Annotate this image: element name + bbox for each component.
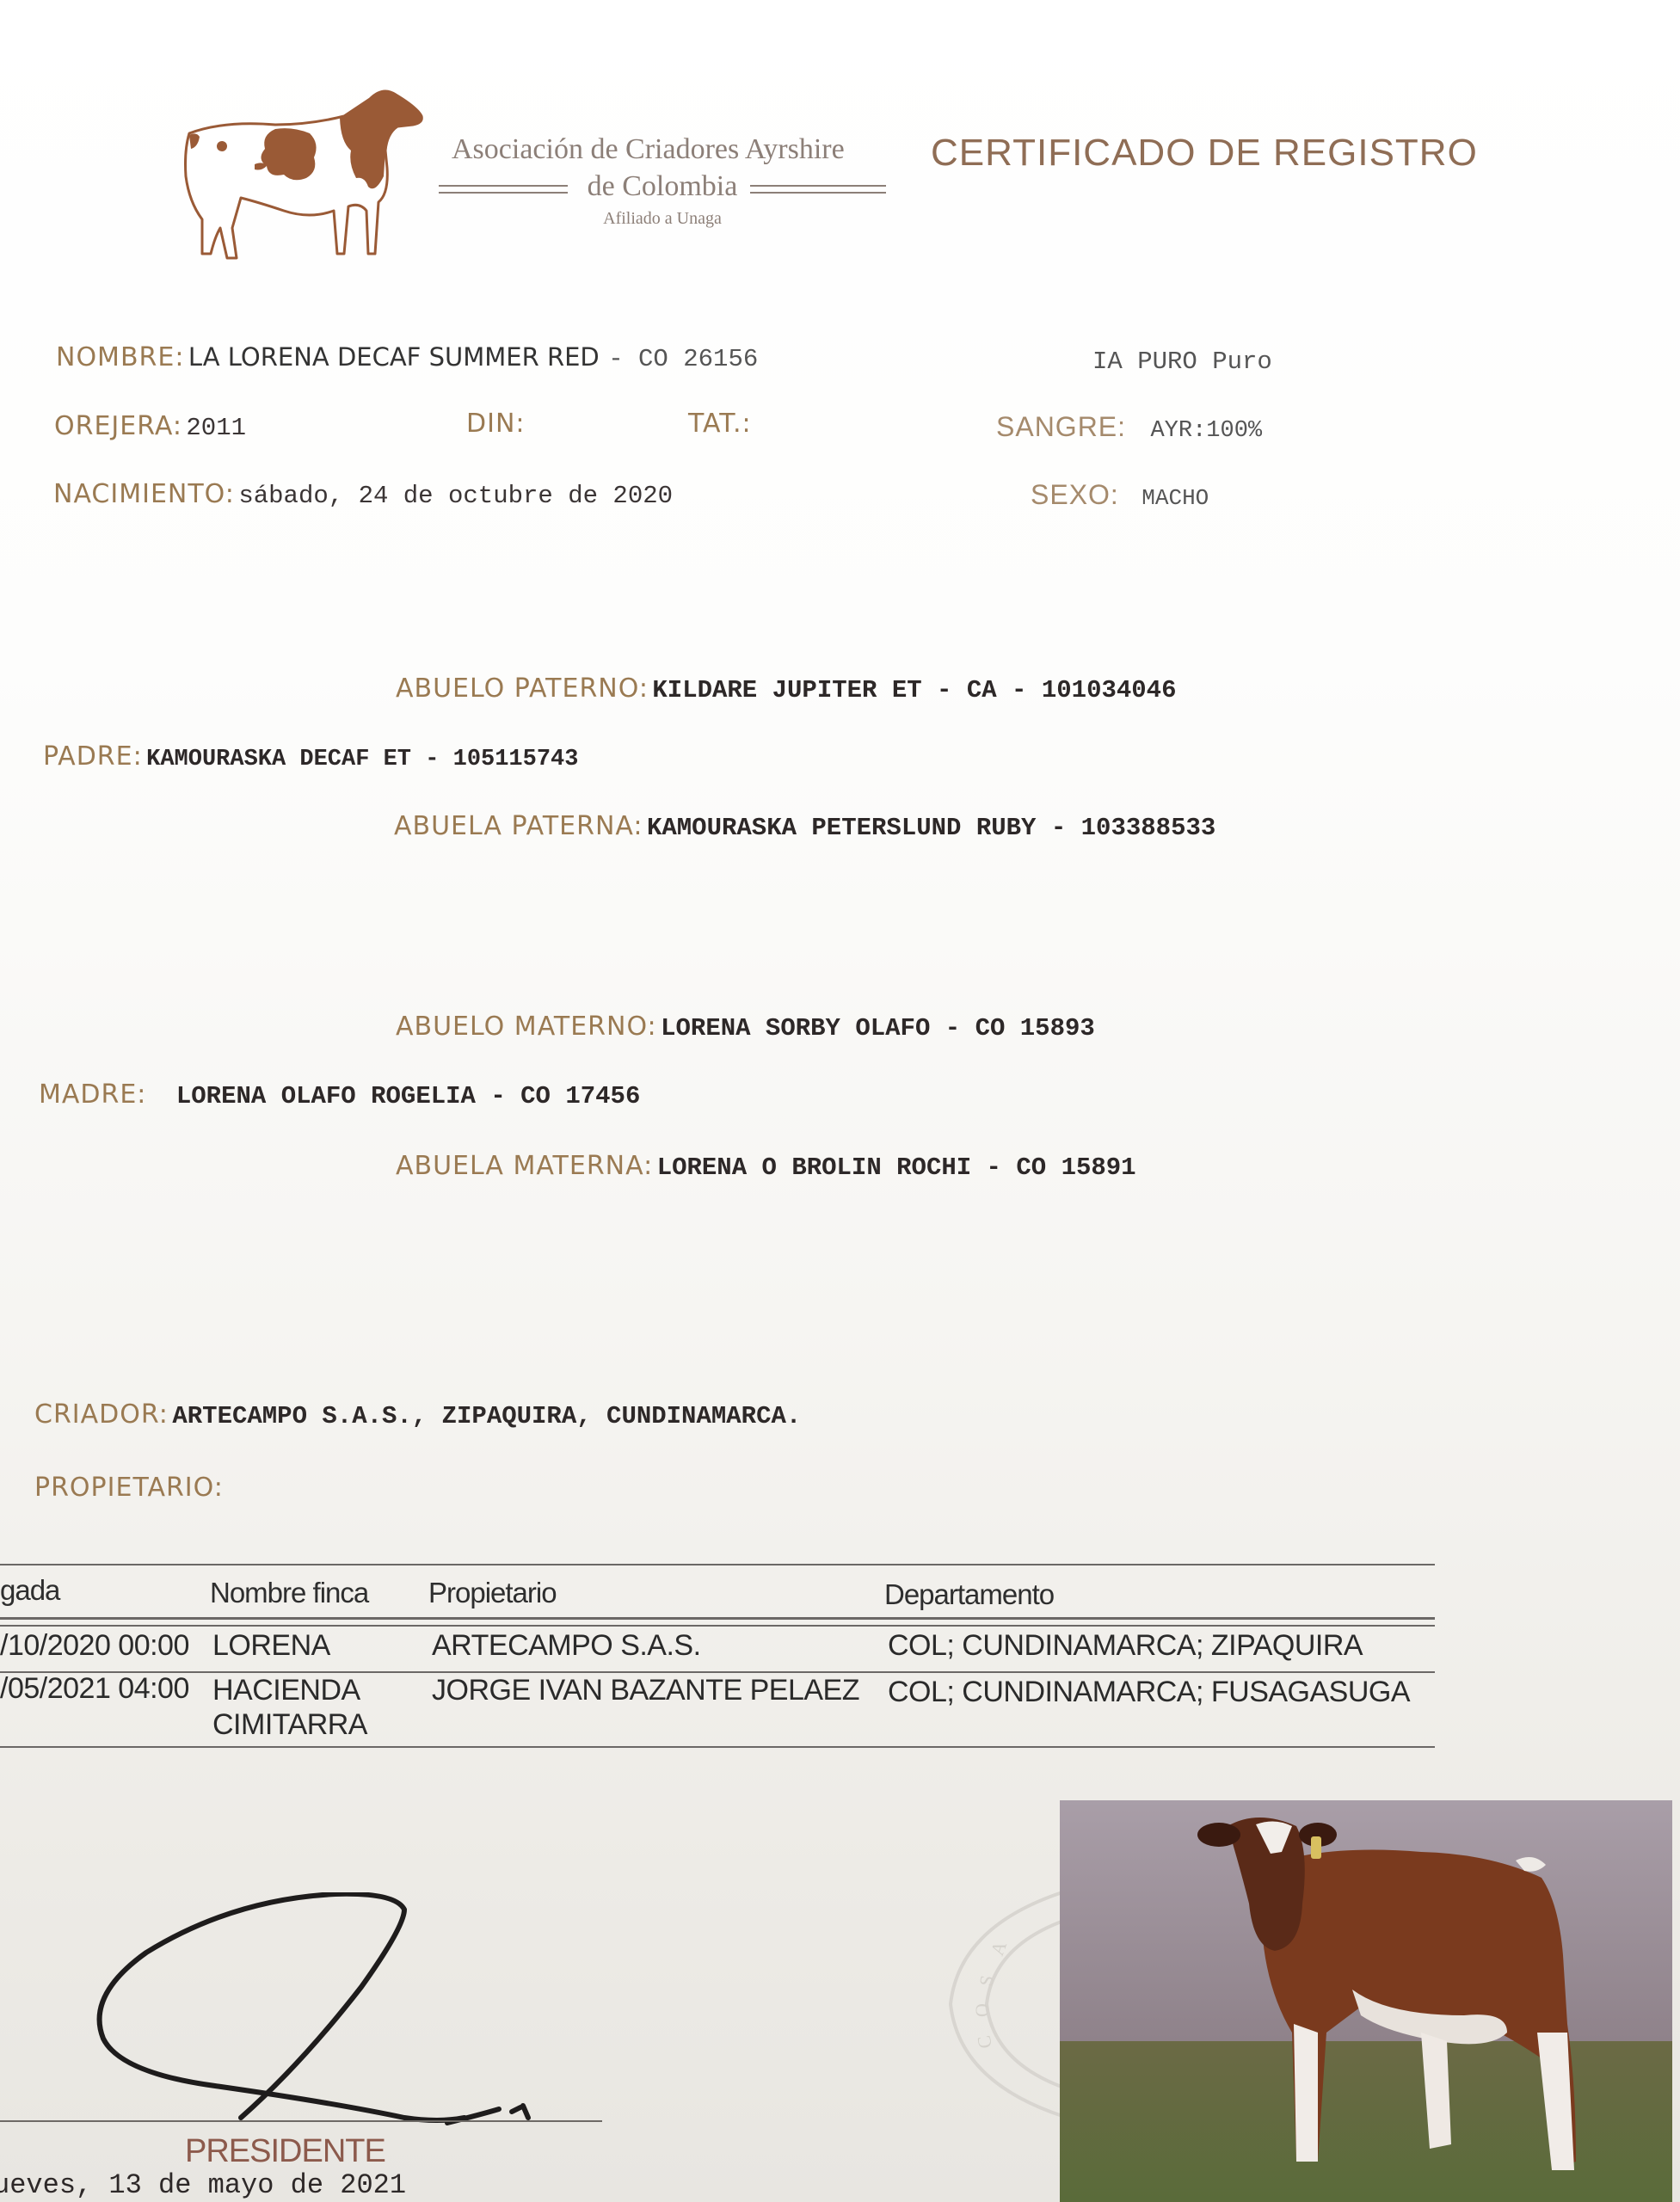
association-affiliation: Afiliado a Unaga (439, 209, 886, 229)
nacimiento-value: sábado, 24 de octubre de 2020 (238, 482, 673, 510)
tat-label: TAT.: (688, 409, 752, 439)
abuela-materna-field: ABUELA MATERNA: LORENA O BROLIN ROCHI - … (396, 1151, 1136, 1182)
cell-departamento: COL; CUNDINAMARCA; ZIPAQUIRA (888, 1628, 1363, 1663)
nacimiento-label: NACIMIENTO: (53, 479, 235, 509)
sexo-value: MACHO (1142, 485, 1209, 511)
svg-text:C: C (973, 2034, 996, 2051)
abuela-paterna-field: ABUELA PATERNA: KAMOURASKA PETERSLUND RU… (394, 811, 1215, 842)
sangre-value: AYR:100% (1150, 418, 1262, 444)
table-header-rule (0, 1617, 1435, 1620)
criador-field: CRIADOR: ARTECAMPO S.A.S., ZIPAQUIRA, CU… (34, 1399, 801, 1430)
abuelo-materno-label: ABUELO MATERNO: (396, 1012, 657, 1042)
nombre-registration: - CO 26156 (608, 345, 758, 373)
column-header-finca: Nombre finca (210, 1577, 368, 1609)
association-country: de Colombia (439, 170, 886, 203)
madre-field: MADRE: LORENA OLAFO ROGELIA - CO 17456 (39, 1079, 640, 1110)
abuelo-paterno-value: KILDARE JUPITER ET - CA - 101034046 (652, 676, 1176, 704)
cell-finca: LORENA (212, 1628, 330, 1663)
issue-date: ueves, 13 de mayo de 2021 (0, 2169, 406, 2201)
abuelo-paterno-label: ABUELO PATERNO: (396, 674, 649, 704)
calf-photo (1060, 1800, 1672, 2202)
madre-label: MADRE: (39, 1079, 146, 1110)
column-header-propietario: Propietario (428, 1577, 557, 1609)
nombre-label: NOMBRE: (56, 342, 184, 372)
cell-fecha: /05/2021 04:00 (0, 1671, 189, 1706)
cell-fecha: /10/2020 00:00 (0, 1628, 189, 1663)
cell-departamento: COL; CUNDINAMARCA; FUSAGASUGA (888, 1675, 1410, 1709)
criador-label: CRIADOR: (34, 1399, 169, 1430)
nombre-field: NOMBRE: LA LORENA DECAF SUMMER RED - CO … (56, 342, 758, 373)
cell-propietario: JORGE IVAN BAZANTE PELAEZ (432, 1673, 859, 1707)
nacimiento-field: NACIMIENTO: sábado, 24 de octubre de 202… (53, 479, 673, 510)
padre-field: PADRE: KAMOURASKA DECAF ET - 105115743 (43, 741, 578, 772)
sexo-field: SEXO: MACHO (1031, 479, 1209, 511)
table-bottom-rule (0, 1746, 1435, 1748)
cell-finca: HACIENDA CIMITARRA (212, 1673, 385, 1742)
abuelo-materno-value: LORENA SORBY OLAFO - CO 15893 (661, 1014, 1095, 1043)
table-header-rule (0, 1625, 1435, 1627)
signer-title: PRESIDENTE (185, 2133, 385, 2170)
association-name: Asociación de Criadores Ayrshire (452, 133, 845, 166)
sexo-label: SEXO: (1031, 479, 1119, 510)
certificate-title: CERTIFICADO DE REGISTRO (931, 132, 1478, 175)
svg-text:O: O (971, 2003, 993, 2017)
abuela-materna-label: ABUELA MATERNA: (396, 1151, 653, 1181)
din-field: DIN: (466, 409, 526, 440)
ayrshire-cow-logo-icon (172, 82, 430, 271)
madre-value: LORENA OLAFO ROGELIA - CO 17456 (176, 1082, 641, 1110)
din-label: DIN: (466, 409, 526, 439)
abuela-paterna-label: ABUELA PATERNA: (394, 811, 643, 841)
signature-line (0, 2120, 602, 2122)
sangre-label: SANGRE: (996, 411, 1126, 442)
orejera-field: OREJERA: 2011 (54, 411, 246, 442)
propietario-label: PROPIETARIO: (34, 1473, 224, 1503)
svg-text:A: A (986, 1938, 1011, 1959)
abuela-paterna-value: KAMOURASKA PETERSLUND RUBY - 103388533 (647, 814, 1215, 842)
orejera-value: 2011 (186, 414, 246, 442)
tat-field: TAT.: (688, 409, 752, 440)
criador-value: ARTECAMPO S.A.S., ZIPAQUIRA, CUNDINAMARC… (172, 1402, 801, 1430)
breeding-type: IA PURO Puro (1092, 348, 1272, 376)
signature-icon (77, 1892, 594, 2133)
padre-value: KAMOURASKA DECAF ET - 105115743 (146, 747, 578, 772)
column-header-departamento: Departamento (884, 1578, 1054, 1611)
padre-label: PADRE: (43, 741, 143, 772)
column-header-fecha: gada (0, 1574, 59, 1607)
abuelo-paterno-field: ABUELO PATERNO: KILDARE JUPITER ET - CA … (396, 674, 1177, 704)
abuelo-materno-field: ABUELO MATERNO: LORENA SORBY OLAFO - CO … (396, 1012, 1095, 1043)
abuela-materna-value: LORENA O BROLIN ROCHI - CO 15891 (657, 1153, 1136, 1182)
orejera-label: OREJERA: (54, 411, 182, 441)
table-top-rule (0, 1564, 1435, 1565)
cell-propietario: ARTECAMPO S.A.S. (432, 1628, 701, 1663)
nombre-value: LA LORENA DECAF SUMMER RED (188, 342, 600, 372)
sangre-field: SANGRE: AYR:100% (996, 411, 1262, 444)
